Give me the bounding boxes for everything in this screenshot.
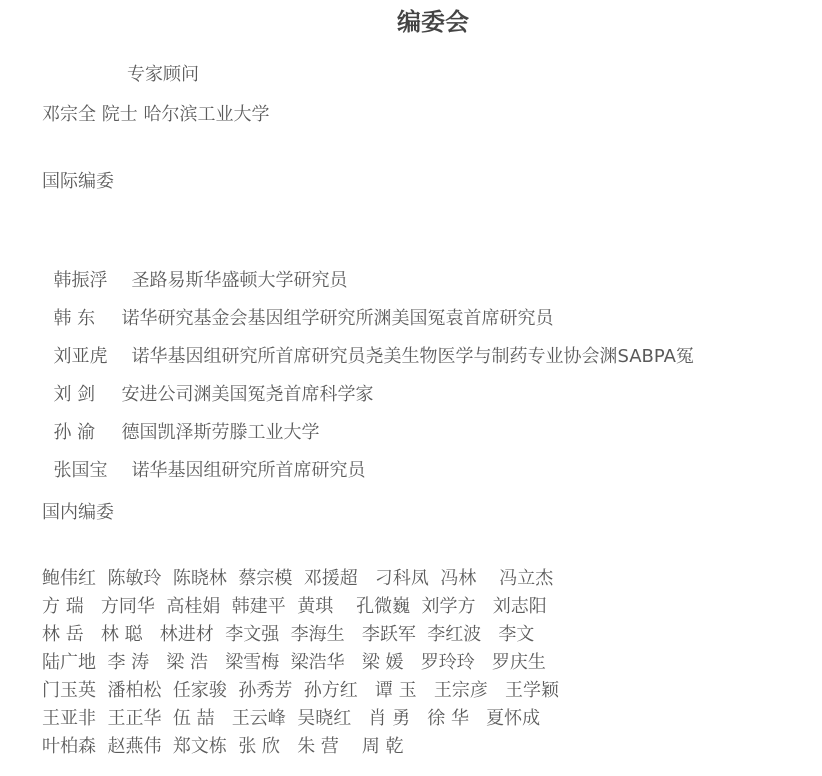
advisor-heading: 专家顾问 xyxy=(127,63,199,87)
domestic-names-row: 陆广地 李 涛 梁 浩 梁雪梅 梁浩华 梁 媛 罗玲玲 罗庆生 xyxy=(42,651,546,675)
domestic-names-row: 方 瑞 方同华 高桂娟 韩建平 黄琪 孔微巍 刘学方 刘志阳 xyxy=(42,595,547,619)
advisor-line: 邓宗全 院士 哈尔滨工业大学 xyxy=(42,103,269,127)
member-affiliation: 诺华基因组研究所首席研究员 xyxy=(131,459,365,483)
domestic-names-row: 鲍伟红 陈敏玲 陈晓林 蔡宗模 邓援超 刁科凤 冯林 冯立杰 xyxy=(42,567,553,591)
domestic-names-row: 叶柏森 赵燕伟 郑文栋 张 欣 朱 营 周 乾 xyxy=(42,735,404,759)
domestic-heading: 国内编委 xyxy=(42,501,114,525)
domestic-names-row: 王亚非 王正华 伍 喆 王云峰 吴晓红 肖 勇 徐 华 夏怀成 xyxy=(42,707,540,731)
international-member: 张国宝诺华基因组研究所首席研究员 xyxy=(42,435,365,483)
domestic-names-row: 门玉英 潘柏松 任家骏 孙秀芳 孙方红 谭 玉 王宗彦 王学颖 xyxy=(42,679,559,703)
domestic-names-row: 林 岳 林 聪 林进材 李文强 李海生 李跃军 李红波 李文 xyxy=(42,623,534,647)
member-name: 张国宝 xyxy=(53,459,131,483)
page-title: 编委会 xyxy=(0,2,822,37)
international-heading: 国际编委 xyxy=(42,170,114,194)
